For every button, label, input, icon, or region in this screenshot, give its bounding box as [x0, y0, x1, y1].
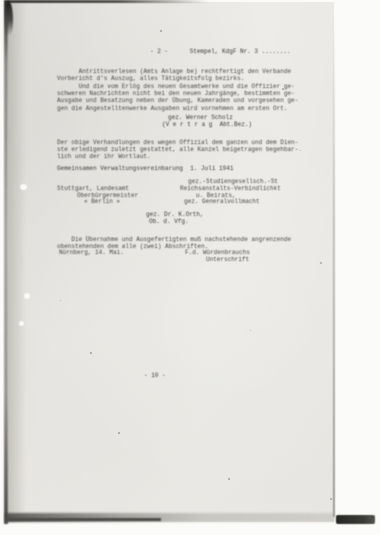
speck — [228, 478, 230, 480]
column-line: « Berlin » — [84, 198, 120, 205]
column-line: gez. Generalvollmacht — [184, 198, 260, 205]
punch-hole — [24, 293, 30, 299]
agreement-line: Gemeinsamen Verwaltungsvereinbarung 1. J… — [57, 165, 233, 172]
punch-hole — [20, 184, 27, 190]
punch-hole — [19, 321, 24, 326]
scan-artifact-right-edge — [333, 12, 335, 517]
typed-line: gen die Angestelltenwerke Ausgaben wird … — [57, 105, 287, 112]
typed-line: Nürnberg, 14. Mai. — [59, 249, 124, 256]
typed-line: Unterschrift — [206, 256, 249, 263]
scan-artifact-bottom-right-blob — [336, 515, 375, 524]
scan-artifact-bottom-smudge-core — [6, 518, 161, 521]
scan-artifact-corner-mark — [5, 1, 13, 36]
speck — [160, 30, 162, 32]
page-left-shading — [8, 2, 26, 522]
page-number: - 10 - — [144, 372, 166, 379]
header-line: - 2 - Stempel, KdgF Nr. 3 ........ — [150, 48, 290, 55]
speck — [118, 432, 120, 434]
scan-artifact-left-edge — [4, 0, 8, 524]
speck — [330, 498, 332, 500]
typed-line: lich und der ihr Wortlaut. — [57, 153, 151, 160]
scan-artifact-top-edge — [7, 0, 209, 3]
speck — [90, 352, 92, 354]
typed-line: Vorbericht d's Auszug, alles Tätigkeitsf… — [57, 75, 244, 82]
signature-line: Ob. d. Vfg. — [149, 218, 189, 225]
scanned-document: - 2 - Stempel, KdgF Nr. 3 ........ Antri… — [0, 0, 380, 535]
speck — [320, 262, 322, 264]
signature-line: (V e r t r a g Abt.Bez.) — [162, 121, 252, 128]
typed-line: Ausgabe und Besatzung neben der Übung, K… — [57, 97, 298, 104]
